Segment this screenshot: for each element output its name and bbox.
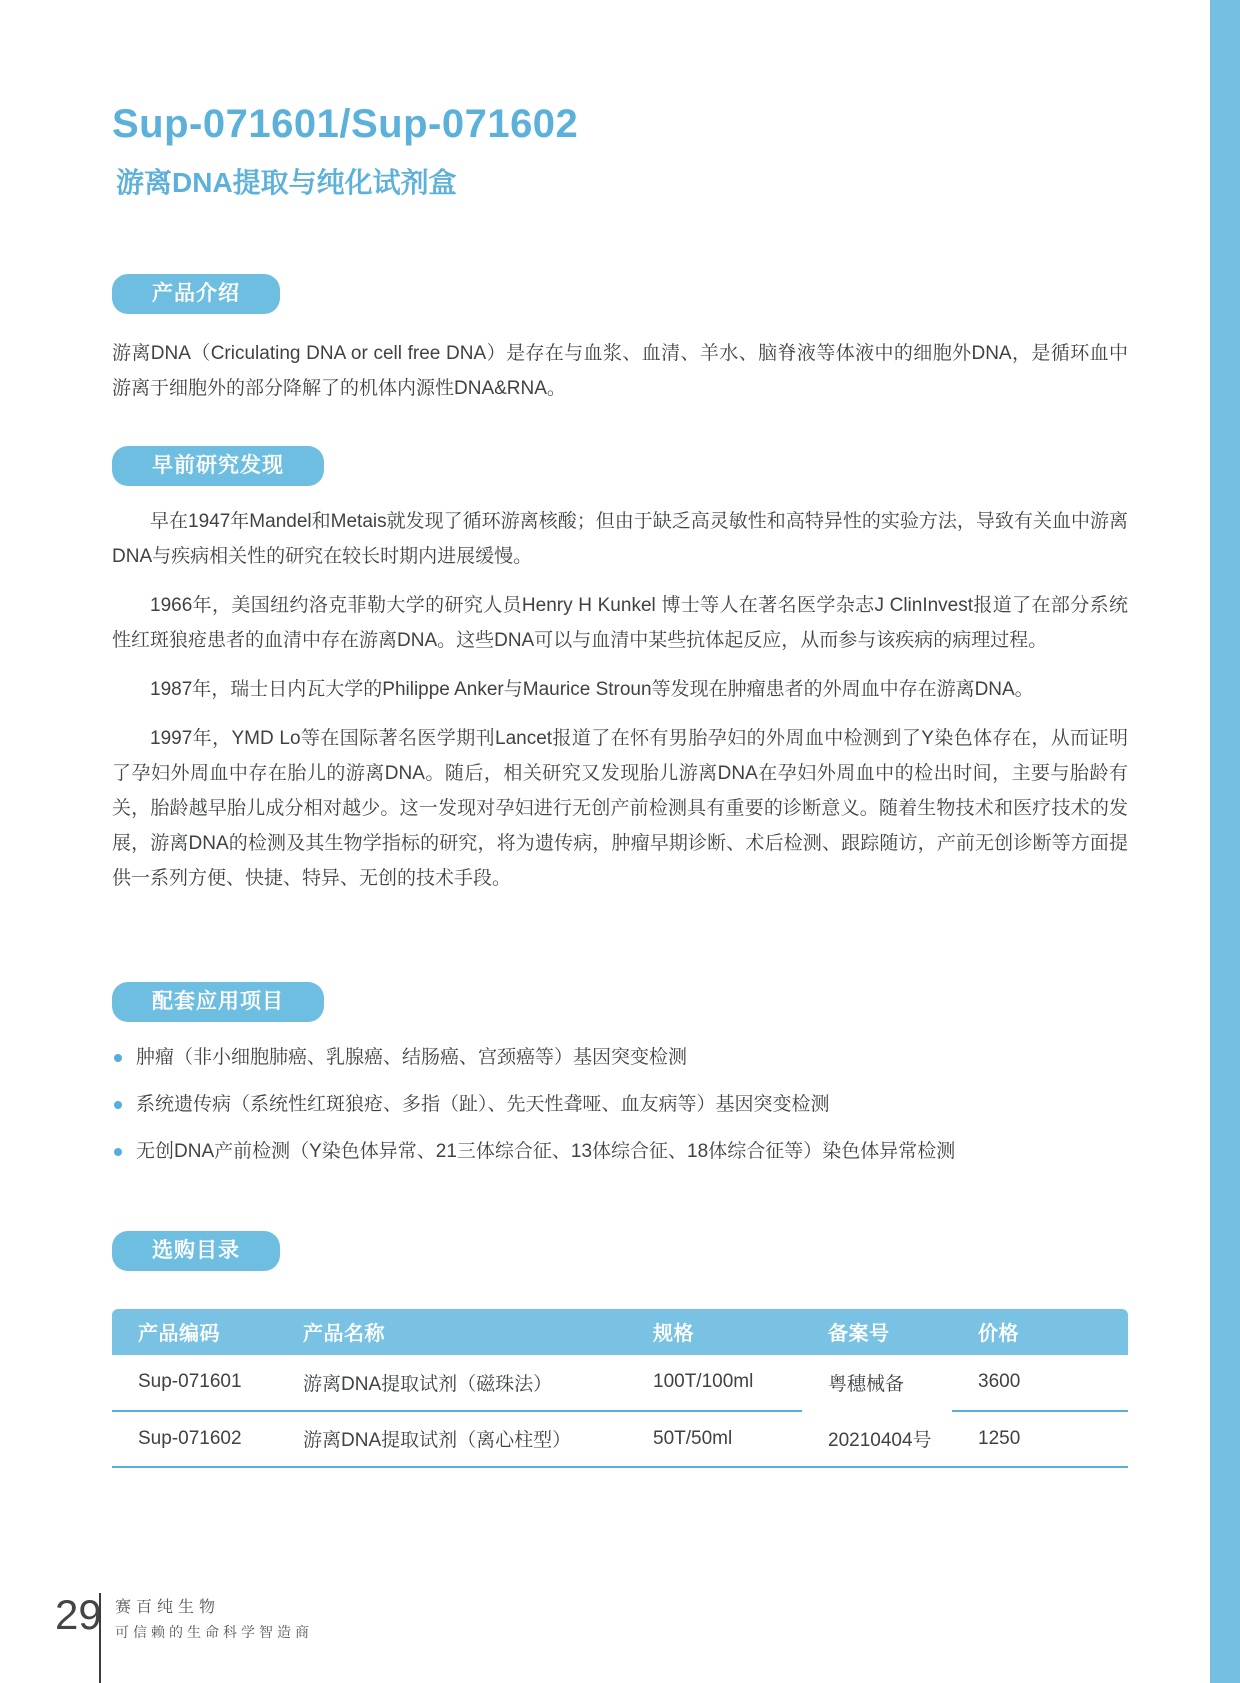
col-header-registration: 备案号 — [802, 1309, 952, 1355]
table-row: Sup-071602 游离DNA提取试剂（离心柱型） 50T/50ml 2021… — [112, 1411, 1128, 1467]
cell-product-code: Sup-071602 — [112, 1411, 277, 1467]
company-block: 赛百纯生物 可信赖的生命科学智造商 — [115, 1596, 313, 1644]
catalog-page: Sup-071601/Sup-071602 游离DNA提取与纯化试剂盒 产品介绍… — [0, 0, 1240, 1683]
section-heading-intro: 产品介绍 — [112, 274, 280, 314]
list-item: 肿瘤（非小细胞肺癌、乳腺癌、结肠癌、宫颈癌等）基因突变检测 — [112, 1040, 1128, 1075]
page-footer: 29 赛百纯生物 可信赖的生命科学智造商 — [55, 1593, 555, 1683]
page-edge-accent-bar — [1210, 0, 1240, 1683]
applications-list: 肿瘤（非小细胞肺癌、乳腺癌、结肠癌、宫颈癌等）基因突变检测 系统遗传病（系统性红… — [112, 1040, 1128, 1169]
cell-product-code: Sup-071601 — [112, 1355, 277, 1411]
cell-registration: 粤穗械备 — [802, 1355, 952, 1411]
cell-product-name: 游离DNA提取试剂（磁珠法） — [277, 1355, 627, 1411]
section-heading-research: 早前研究发现 — [112, 446, 324, 486]
page-number: 29 — [55, 1591, 102, 1639]
research-paragraph: 1987年，瑞士日内瓦大学的Philippe Anker与Maurice Str… — [112, 672, 1128, 707]
section-heading-applications: 配套应用项目 — [112, 982, 324, 1022]
bullet-dot-icon — [114, 1101, 122, 1109]
col-header-product-name: 产品名称 — [277, 1309, 627, 1355]
page-title: Sup-071601/Sup-071602 — [112, 100, 1128, 148]
footer-divider — [99, 1593, 101, 1683]
cell-price: 3600 — [952, 1355, 1128, 1411]
section-heading-applications-label: 配套应用项目 — [152, 990, 284, 1013]
company-tagline: 可信赖的生命科学智造商 — [115, 1620, 313, 1644]
section-heading-catalog: 选购目录 — [112, 1231, 280, 1271]
cell-spec: 100T/100ml — [627, 1355, 802, 1411]
list-item-text: 系统遗传病（系统性红斑狼疮、多指（趾）、先天性聋哑、血友病等）基因突变检测 — [136, 1094, 830, 1115]
research-paragraph: 早在1947年Mandel和Metais就发现了循环游离核酸；但由于缺乏高灵敏性… — [112, 504, 1128, 574]
col-header-spec: 规格 — [627, 1309, 802, 1355]
research-paragraph: 1966年，美国纽约洛克菲勒大学的研究人员Henry H Kunkel 博士等人… — [112, 588, 1128, 658]
section-applications: 配套应用项目 肿瘤（非小细胞肺癌、乳腺癌、结肠癌、宫颈癌等）基因突变检测 系统遗… — [112, 896, 1128, 1169]
cell-product-name: 游离DNA提取试剂（离心柱型） — [277, 1411, 627, 1467]
col-header-price: 价格 — [952, 1309, 1128, 1355]
cell-spec: 50T/50ml — [627, 1411, 802, 1467]
list-item: 系统遗传病（系统性红斑狼疮、多指（趾）、先天性聋哑、血友病等）基因突变检测 — [112, 1087, 1128, 1122]
list-item-text: 无创DNA产前检测（Y染色体异常、21三体综合征、13体综合征、18体综合征等）… — [136, 1141, 955, 1162]
cell-registration: 20210404号 — [802, 1411, 952, 1467]
section-heading-intro-label: 产品介绍 — [152, 282, 240, 305]
research-paragraph: 1997年，YMD Lo等在国际著名医学期刊Lancet报道了在怀有男胎孕妇的外… — [112, 721, 1128, 896]
bullet-dot-icon — [114, 1054, 122, 1062]
cell-price: 1250 — [952, 1411, 1128, 1467]
col-header-product-code: 产品编码 — [112, 1309, 277, 1355]
table-row: Sup-071601 游离DNA提取试剂（磁珠法） 100T/100ml 粤穗械… — [112, 1355, 1128, 1411]
product-catalog-table: 产品编码 产品名称 规格 备案号 价格 Sup-071601 游离DNA提取试剂… — [112, 1309, 1128, 1468]
page-content: Sup-071601/Sup-071602 游离DNA提取与纯化试剂盒 产品介绍… — [112, 0, 1128, 1468]
section-heading-research-label: 早前研究发现 — [152, 454, 284, 477]
table-header-row: 产品编码 产品名称 规格 备案号 价格 — [112, 1309, 1128, 1355]
page-subtitle: 游离DNA提取与纯化试剂盒 — [116, 164, 1128, 202]
bullet-dot-icon — [114, 1148, 122, 1156]
section-catalog: 选购目录 产品编码 产品名称 规格 备案号 价格 — [112, 1181, 1128, 1468]
section-intro: 产品介绍 游离DNA（Criculating DNA or cell free … — [112, 202, 1128, 406]
list-item: 无创DNA产前检测（Y染色体异常、21三体综合征、13体综合征、18体综合征等）… — [112, 1134, 1128, 1169]
section-research: 早前研究发现 早在1947年Mandel和Metais就发现了循环游离核酸；但由… — [112, 406, 1128, 896]
list-item-text: 肿瘤（非小细胞肺癌、乳腺癌、结肠癌、宫颈癌等）基因突变检测 — [136, 1047, 687, 1068]
intro-paragraph: 游离DNA（Criculating DNA or cell free DNA）是… — [112, 336, 1128, 406]
company-name: 赛百纯生物 — [115, 1596, 313, 1620]
section-heading-catalog-label: 选购目录 — [152, 1239, 240, 1262]
